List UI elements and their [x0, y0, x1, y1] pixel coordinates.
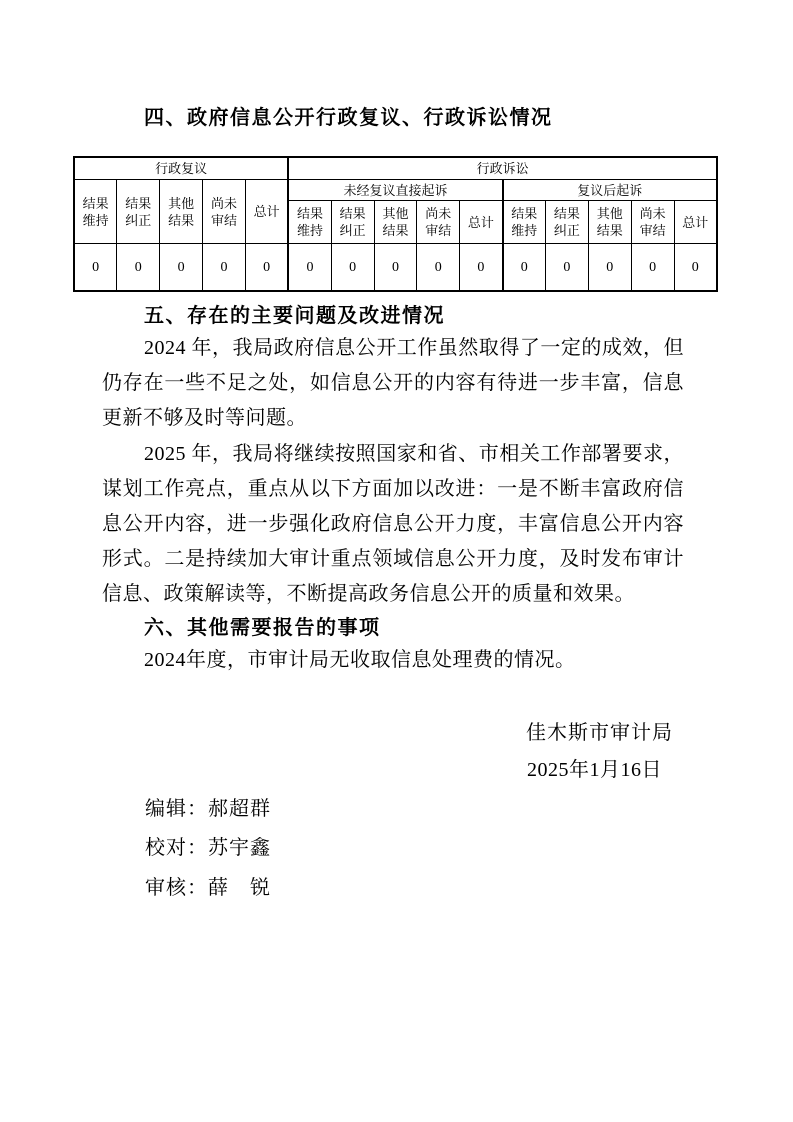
paragraph-improvement-plan: 2025 年，我局将继续按照国家和省、市相关工作部署要求，谋划工作亮点，重点从以…: [102, 437, 684, 611]
document-page: 四、政府信息公开行政复议、行政诉讼情况 行政复议 行政诉讼 结果维持 结果纠正 …: [0, 0, 793, 1122]
col-header-pending: 尚未审结: [417, 201, 460, 244]
col-header-pending: 尚未审结: [203, 180, 246, 244]
value-cell: 0: [74, 244, 117, 292]
col-header-other: 其他结果: [588, 201, 631, 244]
section-4-heading: 四、政府信息公开行政复议、行政诉讼情况: [102, 104, 691, 132]
credit-reviewer: 审核：薛 锐: [145, 871, 793, 906]
section-6-heading: 六、其他需要报告的事项: [102, 614, 691, 642]
col-header-corrected: 结果纠正: [117, 180, 160, 244]
paragraph-problems: 2024 年，我局政府信息公开工作虽然取得了一定的成效，但仍存在一些不足之处，如…: [102, 331, 684, 435]
col-header-other: 其他结果: [374, 201, 417, 244]
section-5-heading: 五、存在的主要问题及改进情况: [102, 302, 691, 330]
col-header-total: 总计: [674, 201, 717, 244]
col-header-other: 其他结果: [160, 180, 203, 244]
value-cell: 0: [503, 244, 546, 292]
value-cell: 0: [545, 244, 588, 292]
table-value-row: 0 0 0 0 0 0 0 0 0 0 0 0 0 0 0: [74, 244, 717, 292]
value-cell: 0: [674, 244, 717, 292]
table-subgroup-row: 结果维持 结果纠正 其他结果 尚未审结 总计 未经复议直接起诉 复议后起诉: [74, 180, 717, 201]
value-cell: 0: [245, 244, 288, 292]
review-litigation-table: 行政复议 行政诉讼 结果维持 结果纠正 其他结果 尚未审结 总计 未经复议直接起…: [73, 156, 718, 292]
value-cell: 0: [117, 244, 160, 292]
col-header-upheld: 结果维持: [74, 180, 117, 244]
col-header-corrected: 结果纠正: [331, 201, 374, 244]
col-header-corrected: 结果纠正: [545, 201, 588, 244]
col-header-upheld: 结果维持: [288, 201, 331, 244]
subgroup-header-after-review-suit: 复议后起诉: [503, 180, 717, 201]
value-cell: 0: [203, 244, 246, 292]
value-cell: 0: [374, 244, 417, 292]
credit-editor: 编辑：郝超群: [145, 792, 793, 827]
value-cell: 0: [588, 244, 631, 292]
subgroup-header-direct-suit: 未经复议直接起诉: [288, 180, 502, 201]
table-group-row: 行政复议 行政诉讼: [74, 157, 717, 180]
col-header-pending: 尚未审结: [631, 201, 674, 244]
value-cell: 0: [160, 244, 203, 292]
signature-date: 2025年1月16日: [0, 753, 662, 788]
paragraph-other-matters: 2024年度，市审计局无收取信息处理费的情况。: [102, 643, 684, 678]
value-cell: 0: [331, 244, 374, 292]
credit-proofreader: 校对：苏宇鑫: [145, 831, 793, 866]
group-header-review: 行政复议: [74, 157, 288, 180]
group-header-litigation: 行政诉讼: [288, 157, 717, 180]
col-header-total: 总计: [460, 201, 503, 244]
signature-organization: 佳木斯市审计局: [0, 716, 673, 751]
value-cell: 0: [288, 244, 331, 292]
value-cell: 0: [460, 244, 503, 292]
value-cell: 0: [417, 244, 460, 292]
value-cell: 0: [631, 244, 674, 292]
col-header-total: 总计: [245, 180, 288, 244]
col-header-upheld: 结果维持: [503, 201, 546, 244]
